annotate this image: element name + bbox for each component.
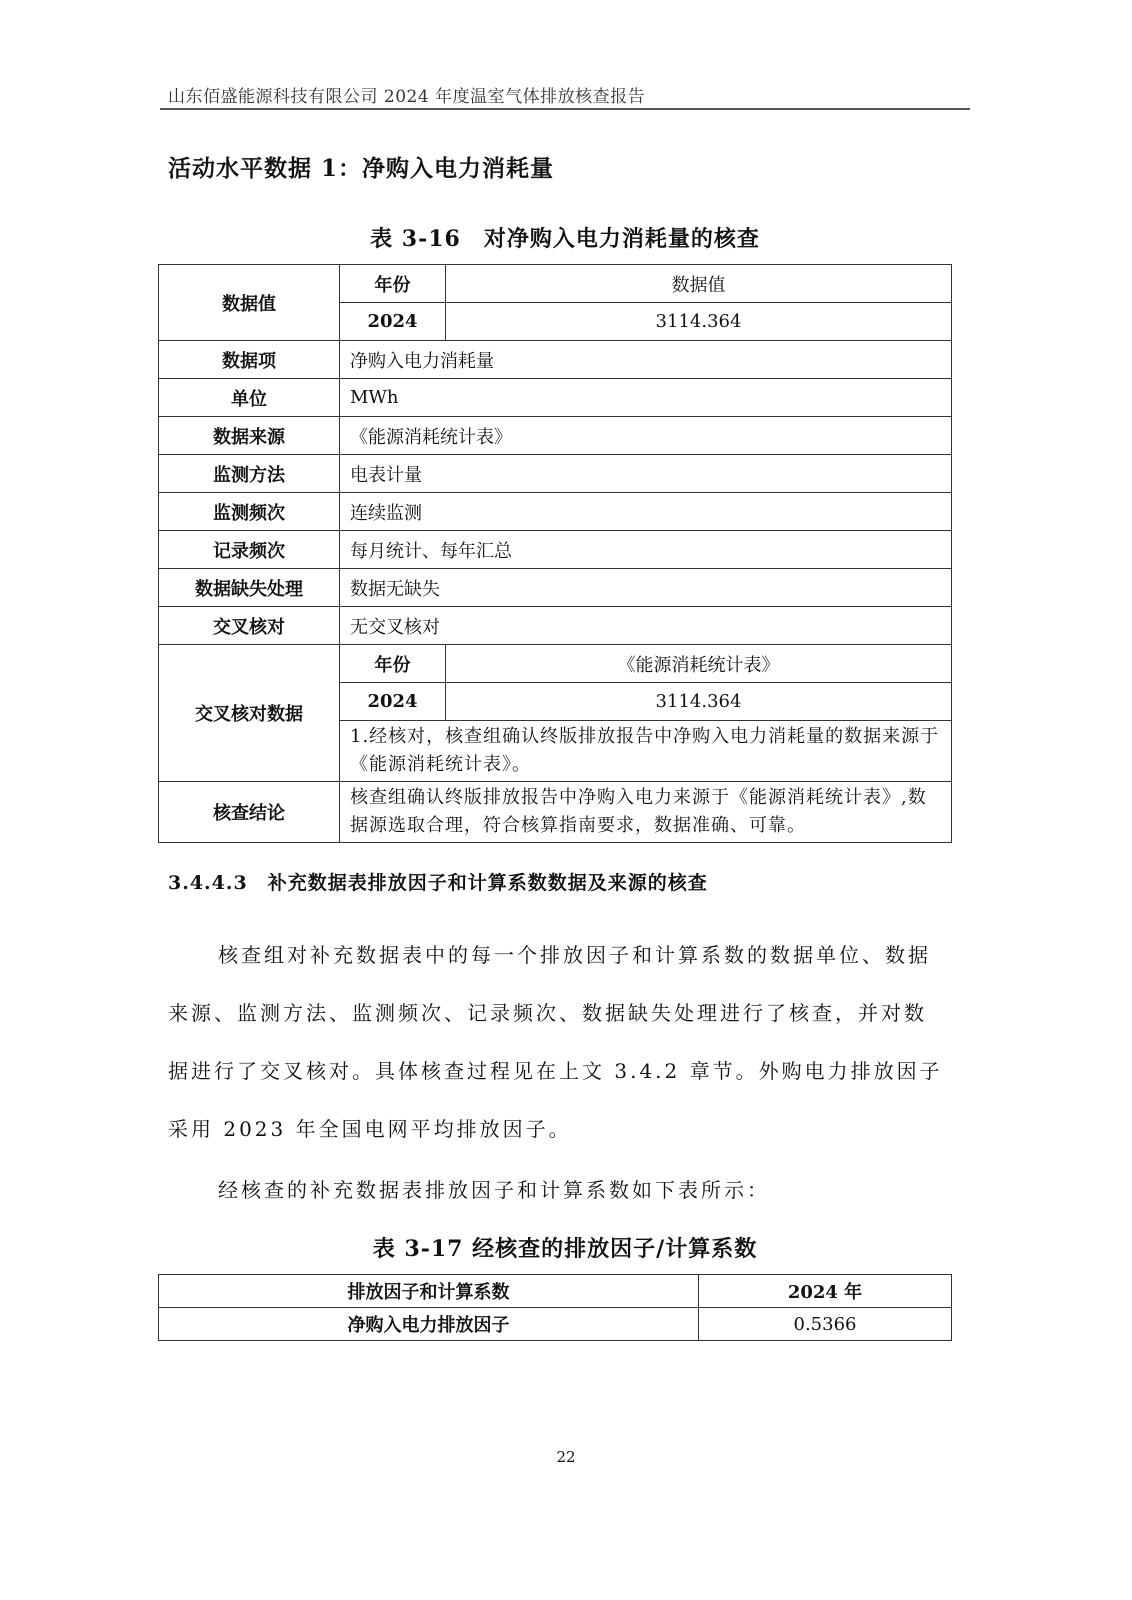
table-row: 核查结论 核查组确认终版排放报告中净购入电力来源于《能源消耗统计表》,数据源选取… <box>159 782 952 843</box>
page-header: 山东佰盛能源科技有限公司 2024 年度温室气体排放核查报告 <box>168 82 645 107</box>
cell: 净购入电力排放因子 <box>159 1308 699 1341</box>
row-value: 电表计量 <box>340 455 952 493</box>
row-label: 数据来源 <box>159 417 340 455</box>
value-cell: 3114.364 <box>446 303 952 341</box>
row-label: 监测频次 <box>159 493 340 531</box>
page-number: 22 <box>0 1448 1132 1466</box>
table-row: 数据缺失处理数据无缺失 <box>159 569 952 607</box>
table-row: 数据值 年份 数据值 <box>159 265 952 303</box>
row-label: 记录频次 <box>159 531 340 569</box>
conclusion-text: 核查组确认终版排放报告中净购入电力来源于《能源消耗统计表》,数据源选取合理，符合… <box>340 782 952 843</box>
table-row: 数据项净购入电力消耗量 <box>159 341 952 379</box>
row-label: 单位 <box>159 379 340 417</box>
row-value: 无交叉核对 <box>340 607 952 645</box>
row-label: 交叉核对数据 <box>159 645 340 782</box>
year-header: 年份 <box>340 265 446 303</box>
row-label: 监测方法 <box>159 455 340 493</box>
table-3-17-caption: 表 3-17 经核查的排放因子/计算系数 <box>160 1232 970 1263</box>
row-label: 数据值 <box>159 265 340 341</box>
column-header: 排放因子和计算系数 <box>159 1275 699 1308</box>
table-3-16: 数据值 年份 数据值 2024 3114.364 数据项净购入电力消耗量 单位M… <box>158 264 952 843</box>
row-value: 连续监测 <box>340 493 952 531</box>
table-row: 单位MWh <box>159 379 952 417</box>
header-divider <box>160 108 970 110</box>
row-value: MWh <box>340 379 952 417</box>
row-value: 《能源消耗统计表》 <box>340 417 952 455</box>
table-3-16-caption: 表 3-16 对净购入电力消耗量的核查 <box>160 222 970 253</box>
section-heading: 活动水平数据 1：净购入电力消耗量 <box>168 150 554 183</box>
value-header: 数据值 <box>446 265 952 303</box>
row-label: 数据项 <box>159 341 340 379</box>
paragraph: 经核查的补充数据表排放因子和计算系数如下表所示： <box>218 1174 770 1203</box>
table-header-row: 排放因子和计算系数 2024 年 <box>159 1275 952 1308</box>
source-header: 《能源消耗统计表》 <box>446 645 952 683</box>
table-row: 记录频次每月统计、每年汇总 <box>159 531 952 569</box>
year-header: 年份 <box>340 645 446 683</box>
table-3-17: 排放因子和计算系数 2024 年 净购入电力排放因子 0.5366 <box>158 1274 952 1341</box>
row-label: 数据缺失处理 <box>159 569 340 607</box>
table-row: 监测频次连续监测 <box>159 493 952 531</box>
value-cell: 3114.364 <box>446 683 952 721</box>
table-row: 交叉核对无交叉核对 <box>159 607 952 645</box>
row-label: 交叉核对 <box>159 607 340 645</box>
table-row: 净购入电力排放因子 0.5366 <box>159 1308 952 1341</box>
column-header: 2024 年 <box>699 1275 952 1308</box>
cross-check-note: 1.经核对，核查组确认终版排放报告中净购入电力消耗量的数据来源于《能源消耗统计表… <box>340 721 952 782</box>
year-cell: 2024 <box>340 683 446 721</box>
table-row: 数据来源《能源消耗统计表》 <box>159 417 952 455</box>
cell: 0.5366 <box>699 1308 952 1341</box>
row-value: 净购入电力消耗量 <box>340 341 952 379</box>
table-row: 监测方法电表计量 <box>159 455 952 493</box>
row-label: 核查结论 <box>159 782 340 843</box>
row-value: 每月统计、每年汇总 <box>340 531 952 569</box>
section-3443-heading: 3.4.4.3 补充数据表排放因子和计算系数数据及来源的核查 <box>168 868 708 895</box>
table-row: 交叉核对数据 年份 《能源消耗统计表》 <box>159 645 952 683</box>
paragraph: 核查组对补充数据表中的每一个排放因子和计算系数的数据单位、数据来源、监测方法、监… <box>168 926 948 1158</box>
year-cell: 2024 <box>340 303 446 341</box>
row-value: 数据无缺失 <box>340 569 952 607</box>
